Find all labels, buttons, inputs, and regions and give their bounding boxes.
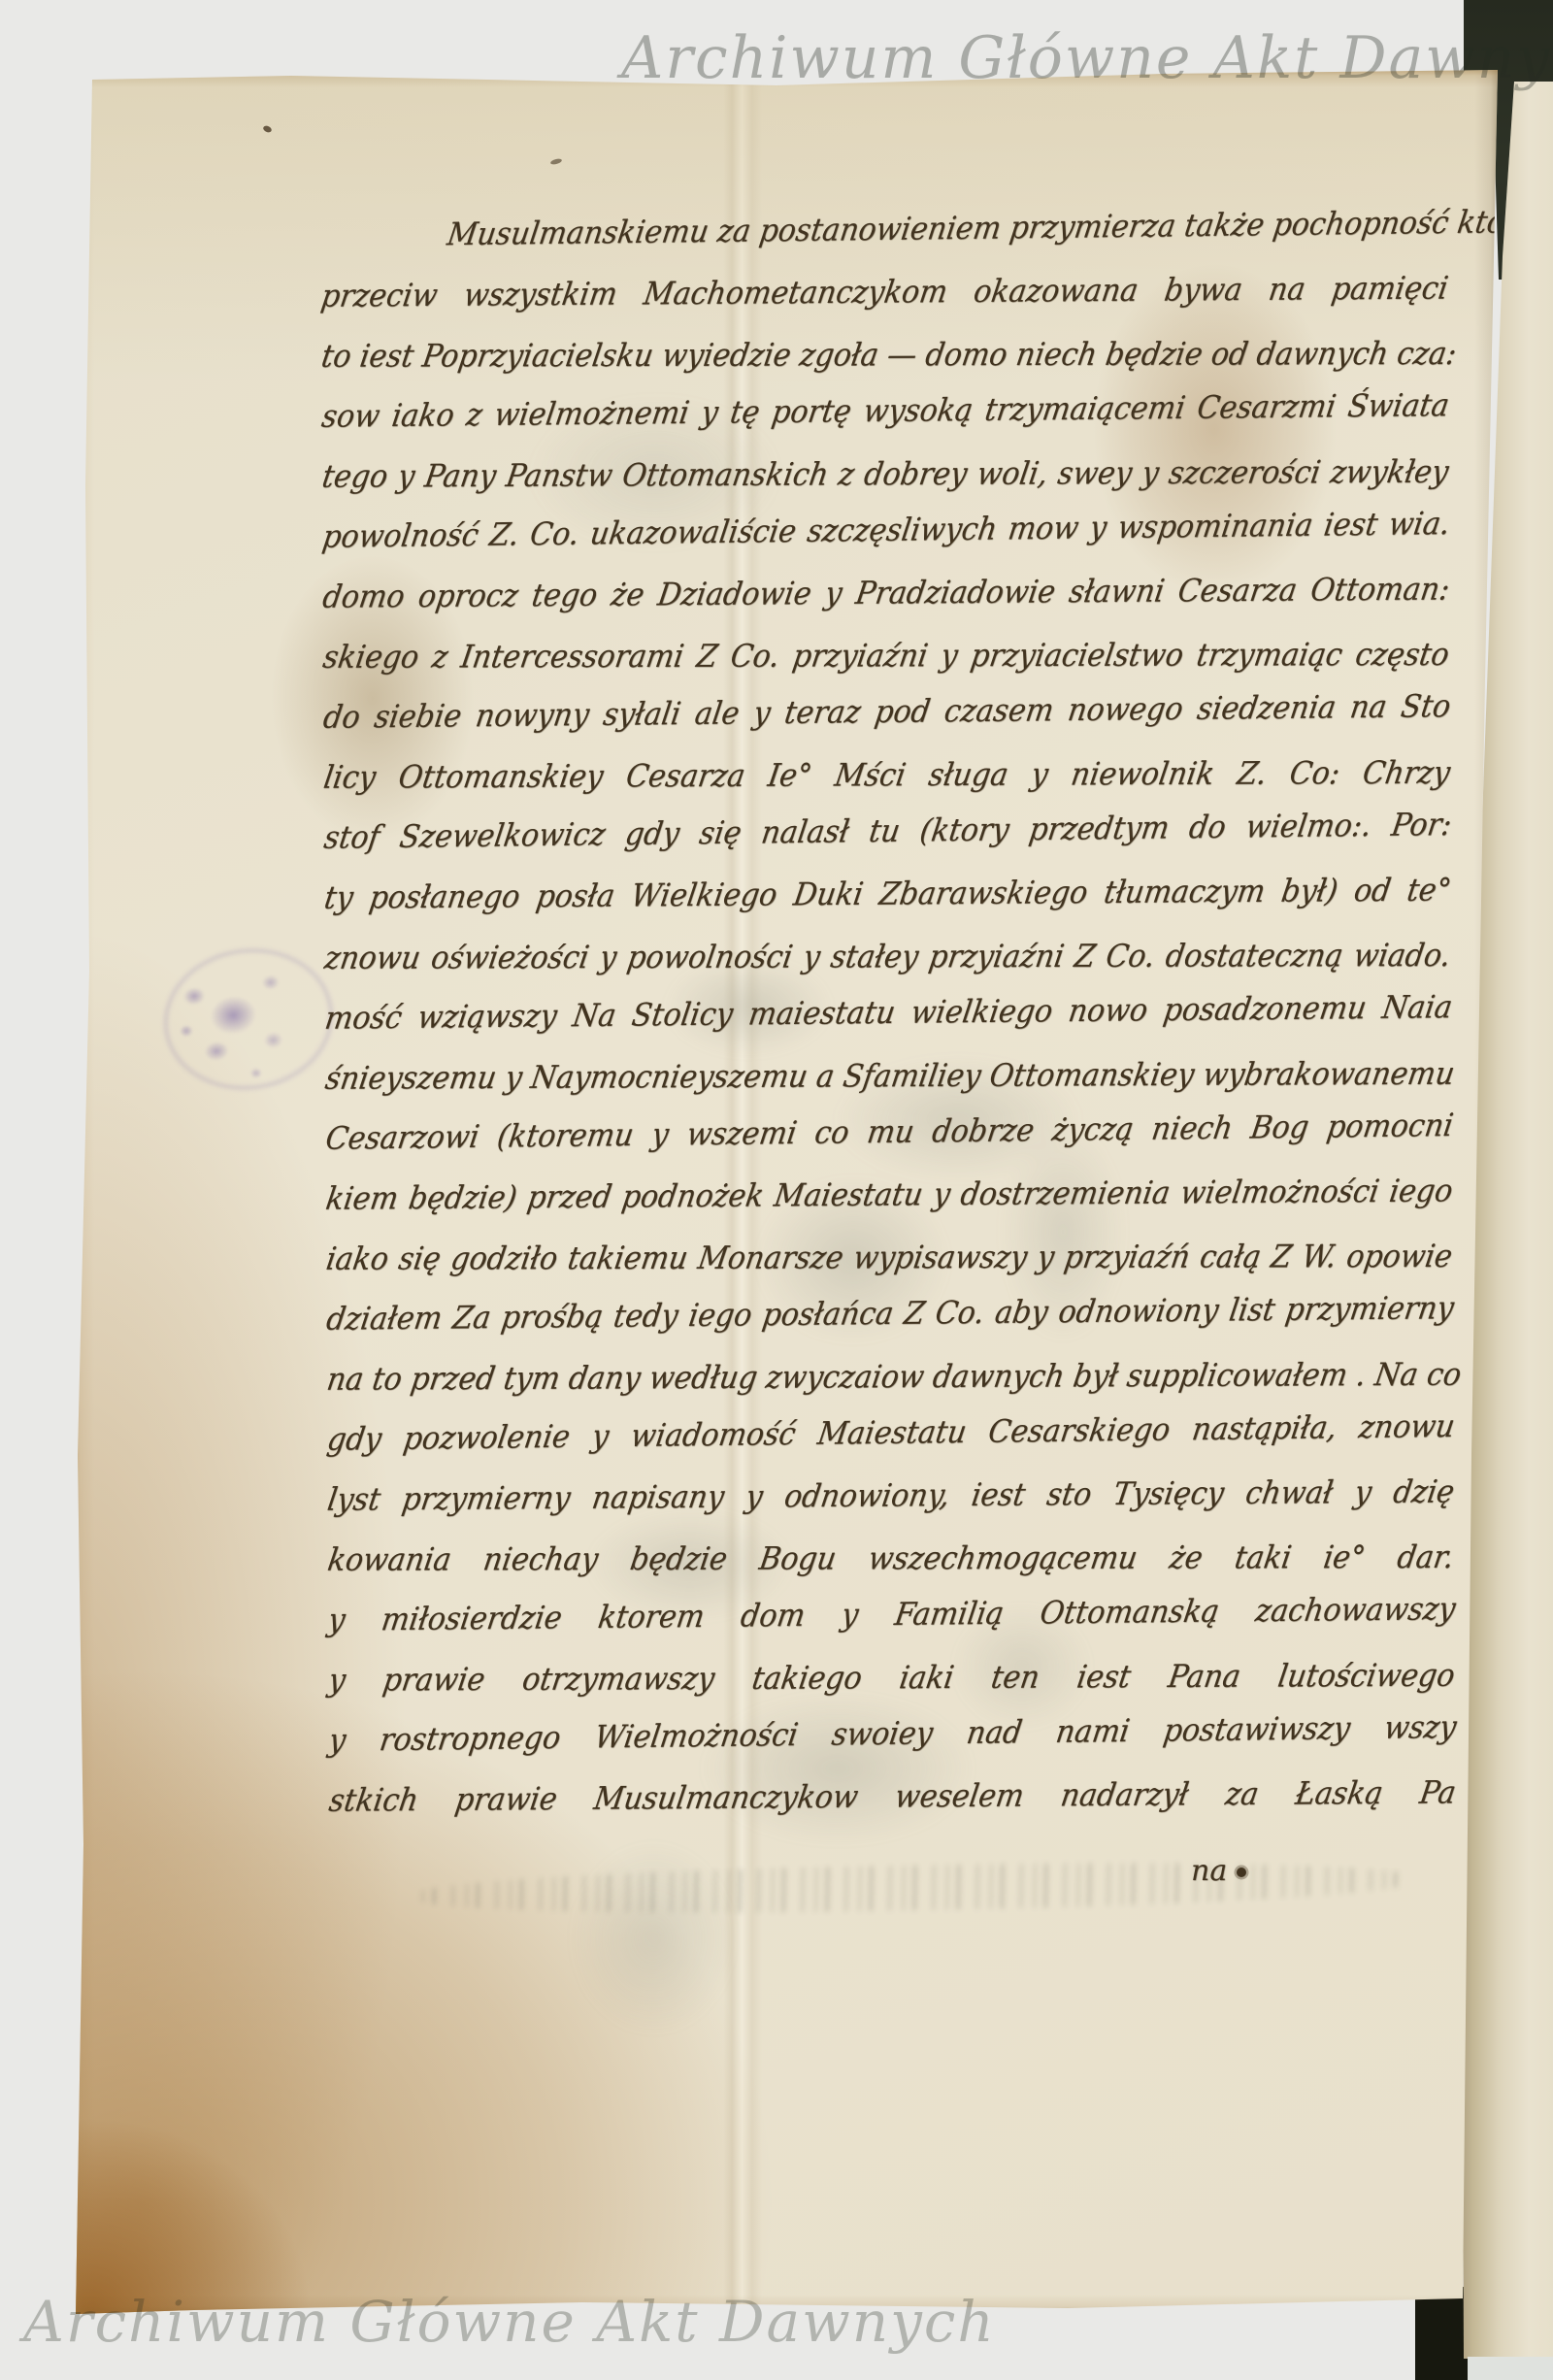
scanner-light-corner [1468,2357,1553,2380]
manuscript-page: Musulmanskiemu za postanowieniem przymie… [73,70,1500,2314]
text-line: lyst przymierny napisany y odnowiony, ie… [323,1460,1459,1533]
catchword: na [1191,1854,1246,1888]
ink-speck [262,124,273,133]
mirrored-showthrough-text [413,1857,1413,1919]
archive-ink-stamp [149,932,348,1107]
text-line: domo oprocz tego że Dziadowie y Pradziad… [318,557,1454,630]
catchword-text: na [1191,1854,1227,1888]
text-line: mość wziąwszy Na Stolicy maiestatu wielk… [320,975,1457,1052]
text-line: kiem będzie) przed podnożek Maiestatu y … [321,1159,1457,1232]
text-line: sow iako z wielmożnemi y tę portę wysoką… [317,374,1454,450]
text-line: y miłosierdzie ktorem dom y Familią Otto… [323,1577,1460,1654]
text-line: do siebie nowyny syłali ale y teraz pod … [318,675,1455,751]
text-line: działem Za prośbą tedy iego posłańca Z C… [322,1276,1459,1353]
text-line: przeciw wszystkim Machometanczykom okazo… [316,256,1452,329]
text-line: ty posłanego posła Wielkiego Duki Zbaraw… [319,858,1455,931]
ink-speck [550,158,563,166]
text-line: stkich prawie Musulmanczykow weselem nad… [324,1761,1460,1834]
handwritten-text: Musulmanskiemu za postanowieniem przymie… [321,201,1456,1832]
flourish-dot [1237,1868,1246,1877]
